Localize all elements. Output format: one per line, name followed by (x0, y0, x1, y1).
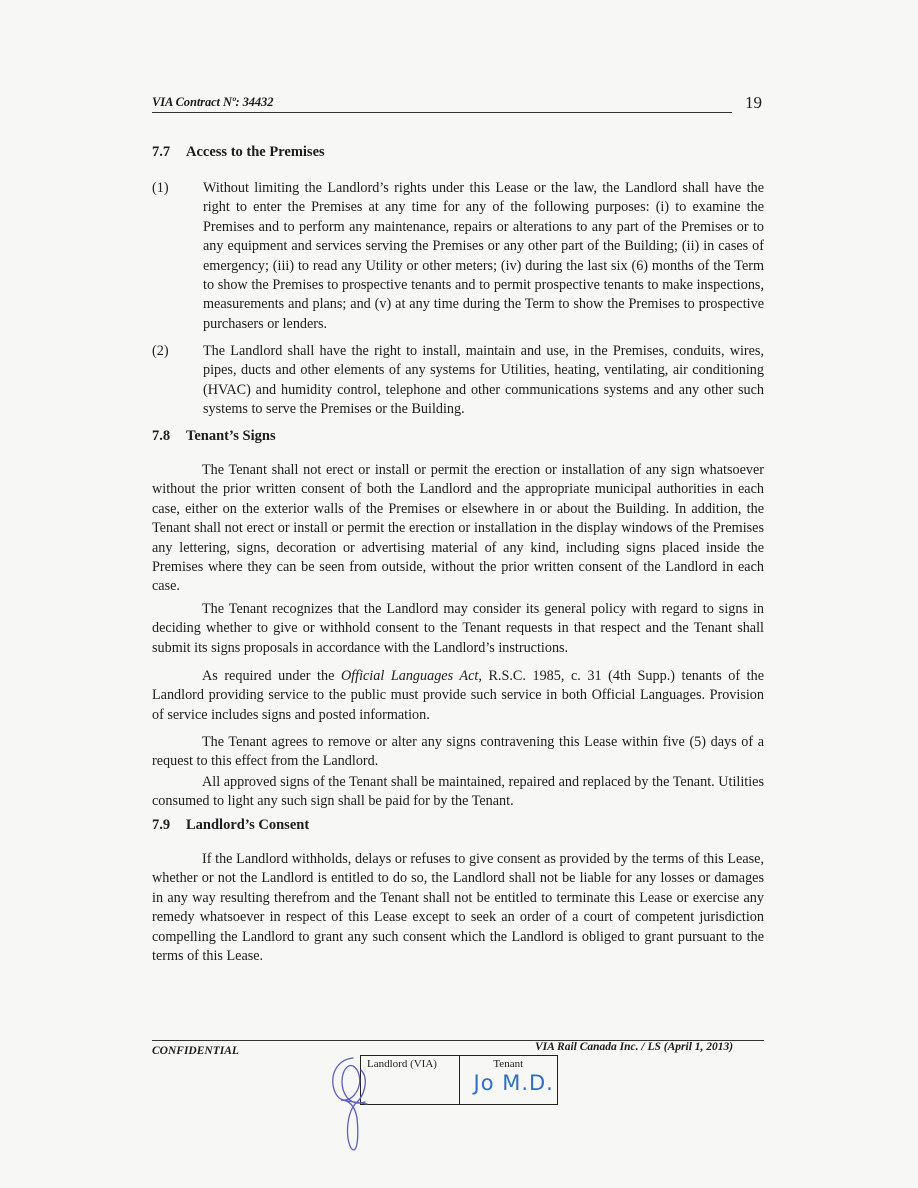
section-title: Access to the Premises (186, 144, 325, 160)
act-title: Official Languages Act (341, 668, 478, 684)
footer-company: VIA Rail Canada Inc. / LS (April 1, 2013… (535, 1041, 733, 1053)
initials-box: Landlord (VIA) Tenant Jo M.D. (360, 1055, 558, 1105)
clause-marker: (1) (152, 179, 169, 198)
paragraph: The Tenant agrees to remove or alter any… (152, 733, 764, 772)
paragraph: The Tenant shall not erect or install or… (152, 461, 764, 597)
clause-7-7-1: (1) Without limiting the Landlord’s righ… (152, 179, 764, 334)
clause-7-7-2: (2) The Landlord shall have the right to… (152, 342, 764, 420)
paragraph-official-languages: As required under the Official Languages… (152, 667, 764, 725)
paragraph: The Tenant recognizes that the Landlord … (152, 600, 764, 658)
page-number: 19 (745, 93, 762, 113)
tenant-initials: Jo M.D. (474, 1071, 554, 1095)
section-number: 7.7 (152, 144, 186, 161)
section-heading-7-7: 7.7Access to the Premises (152, 144, 325, 161)
section-number: 7.9 (152, 817, 186, 834)
page-header: VIA Contract Nº: 34432 (152, 92, 732, 113)
document-page: VIA Contract Nº: 34432 19 7.7Access to t… (0, 0, 918, 1188)
confidential-label: CONFIDENTIAL (152, 1045, 239, 1057)
clause-text: The Landlord shall have the right to ins… (203, 342, 764, 420)
landlord-signature-icon (325, 1048, 385, 1158)
paragraph: All approved signs of the Tenant shall b… (152, 773, 764, 812)
clause-text: Without limiting the Landlord’s rights u… (203, 179, 764, 334)
tenant-initials-cell: Tenant Jo M.D. (459, 1056, 558, 1104)
tenant-label: Tenant (460, 1058, 558, 1070)
section-heading-7-8: 7.8Tenant’s Signs (152, 428, 276, 445)
paragraph: If the Landlord withholds, delays or ref… (152, 850, 764, 966)
section-title: Landlord’s Consent (186, 817, 309, 833)
section-number: 7.8 (152, 428, 186, 445)
clause-marker: (2) (152, 342, 169, 361)
contract-number: VIA Contract Nº: 34432 (152, 95, 273, 110)
text-run: As required under the (202, 668, 341, 684)
section-heading-7-9: 7.9Landlord’s Consent (152, 817, 309, 834)
section-title: Tenant’s Signs (186, 428, 276, 444)
